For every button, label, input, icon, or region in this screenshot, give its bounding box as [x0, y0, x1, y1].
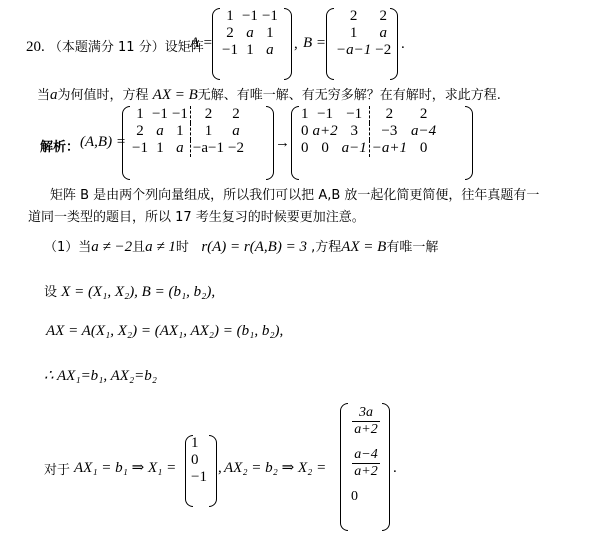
denominator: a+2 — [352, 464, 379, 480]
final-expression-1: AX₁ = b₁ ⇒ X₁ = — [74, 458, 176, 477]
equation: AX = B — [153, 87, 198, 103]
numerator: 3a — [352, 405, 379, 422]
right-paren — [209, 435, 217, 507]
cell: a — [240, 25, 260, 42]
cell: a−1 — [340, 140, 370, 157]
matrix-a-label: A = — [190, 35, 213, 52]
left-paren — [326, 8, 334, 80]
score-note: （本题满分 11 分）设矩阵 — [49, 40, 204, 55]
therefore-expression: ∴ AX₁=b₁, AX₂=b₂ — [44, 366, 157, 385]
arrow-icon: → — [275, 135, 290, 152]
cell: a−4 — [409, 123, 438, 140]
period: . — [401, 36, 405, 53]
cell: 3 — [340, 123, 370, 140]
cell: −1 — [189, 469, 209, 486]
right-paren — [266, 106, 274, 180]
cell: −1 — [150, 106, 170, 123]
cell: a — [150, 123, 170, 140]
text: 设 — [44, 285, 57, 300]
cell: −a−1 — [190, 140, 226, 157]
condition: a ≠ 1 — [145, 239, 176, 255]
matrix-b-label: B = — [303, 35, 326, 52]
cell: 0 — [311, 140, 340, 157]
cell: 1 — [150, 140, 170, 157]
cell: a — [170, 140, 190, 157]
right-paren — [465, 106, 473, 180]
cell: 1 — [170, 123, 190, 140]
cell: a+2 — [311, 123, 340, 140]
question: 当a为何值时，方程 AX = B无解、有唯一解、有无穷多解？在有解时，求此方程. — [37, 84, 501, 104]
variable: a — [50, 87, 58, 103]
cell: −3 — [369, 123, 409, 140]
fraction-1: 3a a+2 — [349, 405, 383, 438]
reduced-matrix: 1−1−122 0a+23−3a−4 00a−1−a+10 — [291, 106, 473, 180]
denominator: a+2 — [352, 422, 379, 438]
cell: 0 — [189, 452, 209, 469]
cell: −1 — [260, 8, 280, 25]
final-expression-2: AX₂ = b₂ ⇒ X₂ = — [224, 458, 326, 477]
text: 时 — [176, 240, 189, 255]
cell: −1 — [240, 8, 260, 25]
cell: 1 — [220, 8, 240, 25]
cell: −a+1 — [369, 140, 409, 157]
cell: 2 — [409, 106, 438, 123]
augmented-matrix: 1−1−122 2a11a −11a−a−1−2 — [122, 106, 274, 180]
cell: −2 — [226, 140, 246, 157]
note-line-2: 道同一类型的题目，所以 17 考生复习的时候要更加注意。 — [28, 206, 365, 225]
cell: 2 — [130, 123, 150, 140]
left-paren — [122, 106, 130, 180]
cell: a — [260, 42, 280, 59]
cell: a — [226, 123, 246, 140]
cell: 1 — [260, 25, 280, 42]
question-text: 无解、有唯一解、有无穷多解？在有解时，求此方程. — [198, 88, 501, 103]
left-paren — [212, 8, 220, 80]
cell: 1 — [190, 123, 226, 140]
cell: 1 — [299, 106, 311, 123]
cell: 1 — [240, 42, 260, 59]
right-paren — [284, 8, 292, 80]
augmented-label: (A,B) = — [80, 134, 126, 151]
cell: −1 — [170, 106, 190, 123]
separator: , — [218, 460, 222, 477]
cell: 2 — [369, 106, 409, 123]
vector-x1: 1 0 −1 — [185, 435, 217, 507]
cell: 1 — [130, 106, 150, 123]
condition: a ≠ −2 — [91, 239, 132, 255]
matrix-b: 22 1a −a−1−2 — [326, 8, 398, 80]
cell: 2 — [190, 106, 226, 123]
ax-expression: AX = A(X₁, X₂) = (AX₁, AX₂) = (b₁, b₂), — [46, 323, 283, 340]
case-1-line: （1）当a ≠ −2且a ≠ 1时 r(A) = r(A,B) = 3 ,方程A… — [44, 236, 438, 256]
fraction-2: a−4 a+2 — [349, 447, 383, 480]
left-paren — [340, 403, 348, 531]
note-line-1: 矩阵 B 是由两个列向量组成，所以我们可以把 A,B 放一起化简更简便，往年真题… — [50, 184, 539, 203]
solution-label: 解析： — [40, 136, 79, 155]
final-period: . — [393, 460, 397, 477]
problem-number: 20. — [26, 39, 45, 55]
cell: 2 — [226, 106, 246, 123]
equation: AX = B — [341, 239, 386, 255]
cell: 1 — [189, 435, 209, 452]
right-paren — [382, 403, 390, 531]
let-line: 设 X = (X₁, X₂), B = (b₁, b₂), — [44, 281, 215, 301]
cell: 1 — [334, 25, 373, 42]
left-paren — [291, 106, 299, 180]
rank-expression: r(A) = r(A,B) = 3 — [201, 239, 307, 255]
right-paren — [390, 8, 398, 80]
cell: −1 — [130, 140, 150, 157]
final-prefix: 对于 — [44, 459, 70, 478]
conjunction: 且 — [132, 240, 145, 255]
cell: −1 — [340, 106, 370, 123]
cell: 2 — [220, 25, 240, 42]
cell: 0 — [299, 140, 311, 157]
vector-x2: 3a a+2 a−4 a+2 0 — [340, 403, 390, 531]
cell: 0 — [351, 489, 358, 505]
cell: 2 — [334, 8, 373, 25]
cell: −1 — [311, 106, 340, 123]
comma: , — [294, 36, 298, 53]
cell: 0 — [409, 140, 438, 157]
cell: −a−1 — [334, 42, 373, 59]
numerator: a−4 — [352, 447, 379, 464]
case-label: （1）当 — [44, 240, 91, 255]
text: ,方程 — [311, 240, 341, 255]
problem-header: 20. （本题满分 11 分）设矩阵 — [26, 36, 204, 56]
matrix-a: 1−1−1 2a1 −11a — [212, 8, 292, 80]
cell: −1 — [220, 42, 240, 59]
cell: 0 — [299, 123, 311, 140]
question-text: 当 — [37, 88, 50, 103]
expression: X = (X₁, X₂), B = (b₁, b₂), — [61, 284, 215, 300]
text: 有唯一解 — [386, 240, 438, 255]
question-text: 为何值时，方程 — [58, 88, 149, 103]
